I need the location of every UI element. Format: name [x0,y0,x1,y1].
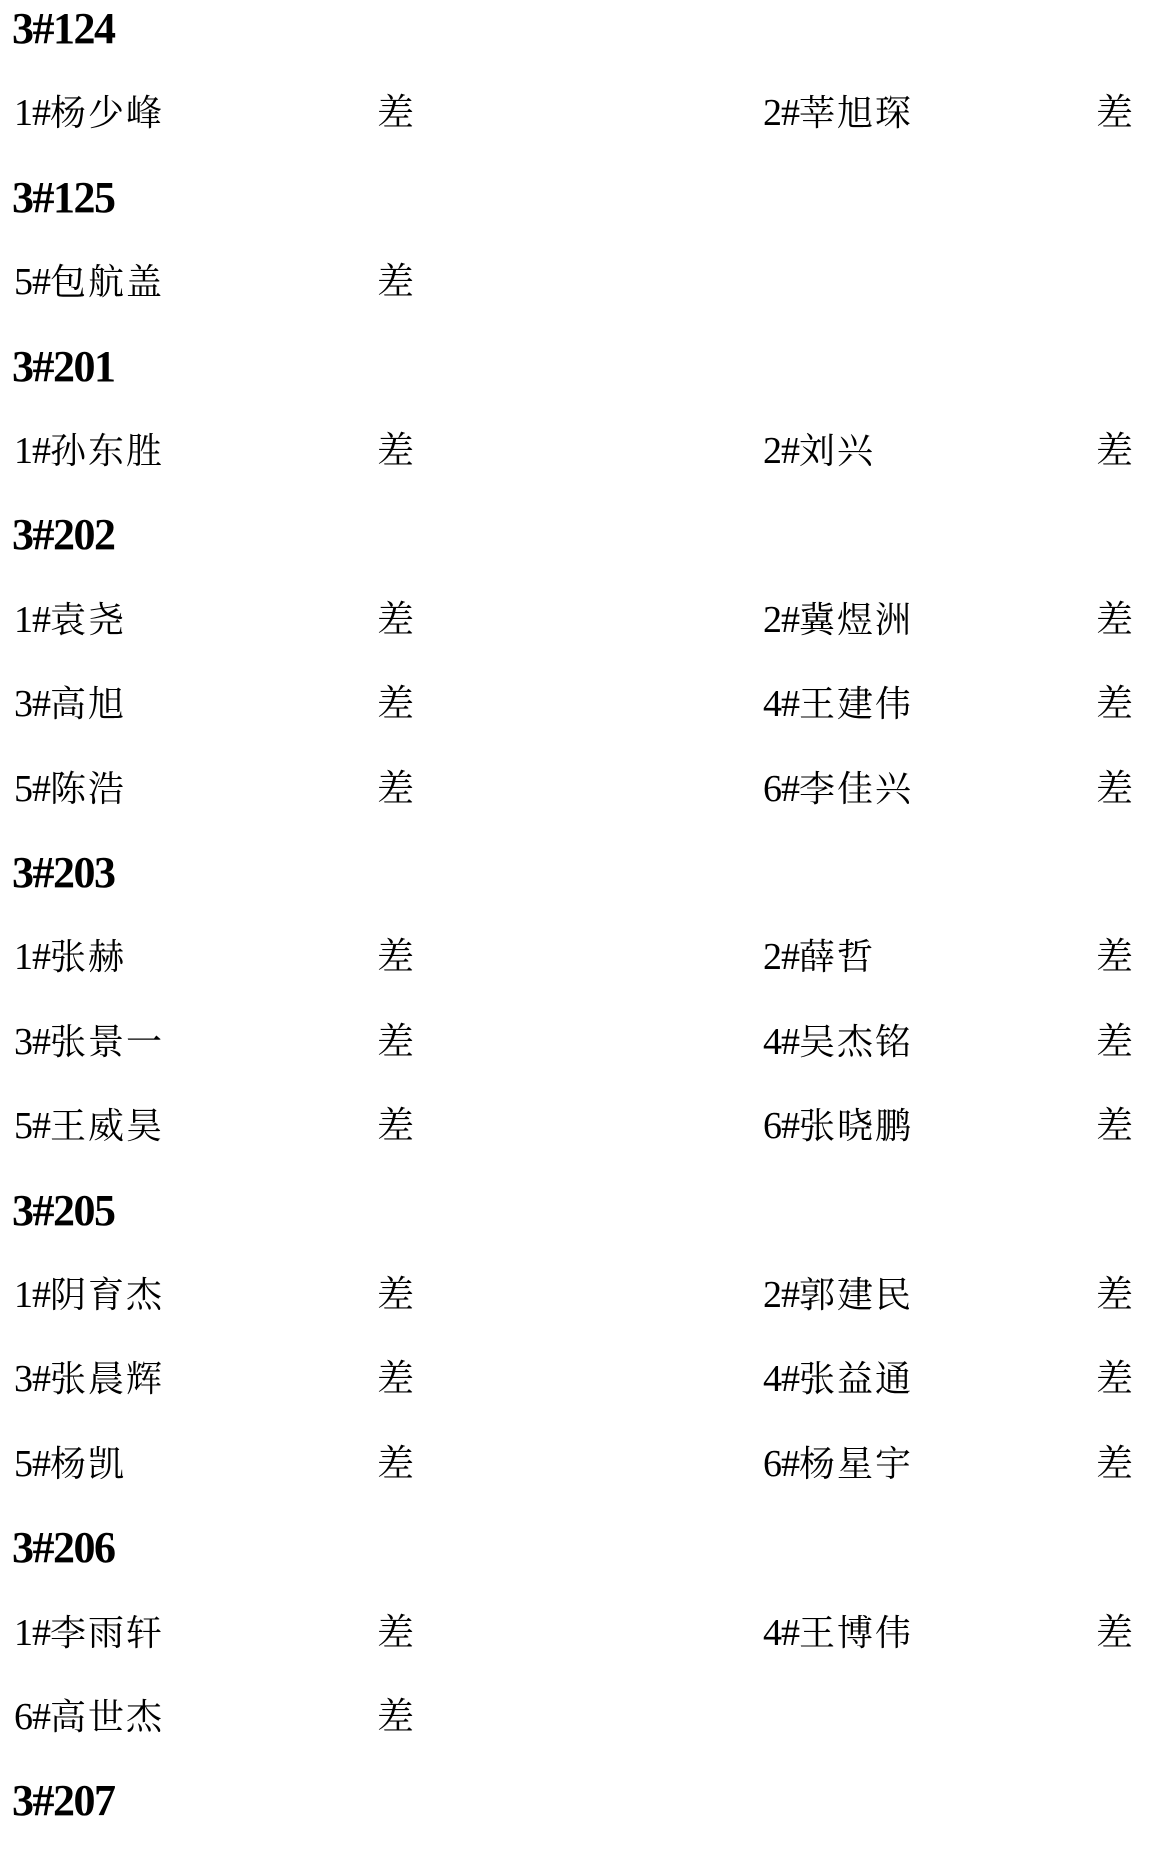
student-entry: 4#吴杰铭 [763,1000,913,1085]
student-entry: 1#李雨轩 [14,1591,164,1676]
room-number-heading: 3#201 [12,325,115,409]
student-entry: 2#薛哲 [763,915,875,1000]
student-row: 1#张赫差2#薛哲差 [0,915,1170,999]
bed-number: 1# [14,430,50,472]
student-name: 杨少峰 [50,93,164,134]
bed-number: 1# [14,92,50,134]
student-name: 李佳兴 [799,769,913,810]
room-section-header: 3#205 [0,1169,1170,1253]
student-name: 王博伟 [799,1613,913,1654]
rating-value: 差 [1096,747,1133,831]
student-entry: 5#杨凯 [14,1422,126,1507]
room-number-heading: 3#206 [12,1506,115,1590]
student-name: 袁尧 [50,600,126,641]
rating-value: 差 [1096,1591,1133,1675]
room-number-heading: 3#124 [12,0,115,71]
student-name: 杨星宇 [799,1444,913,1485]
rating-value: 差 [1096,1084,1133,1168]
student-name: 高旭 [50,684,126,725]
student-entry: 3#张晨辉 [14,1337,164,1422]
student-name: 陈浩 [50,769,126,810]
room-section-header: 3#207 [0,1759,1170,1843]
rating-value: 差 [377,1337,414,1421]
bed-number: 1# [14,1612,50,1654]
student-entry: 6#杨星宇 [763,1422,913,1507]
student-row: 5#王威昊差6#张晓鹏差 [0,1084,1170,1168]
rating-value: 差 [377,1000,414,1084]
student-row: 1#孙东胜差2#刘兴差 [0,409,1170,493]
rating-value: 差 [377,662,414,746]
student-entry: 6#李佳兴 [763,747,913,832]
room-number-heading: 3#202 [12,493,115,577]
room-section-header: 3#206 [0,1506,1170,1590]
rating-value: 差 [377,1675,414,1759]
bed-number: 6# [763,1443,799,1485]
bed-number: 2# [763,936,799,978]
bed-number: 5# [14,1443,50,1485]
rating-value: 差 [377,1253,414,1337]
rating-value: 差 [1096,409,1133,493]
rating-value: 差 [377,409,414,493]
rating-value: 差 [1096,71,1133,155]
student-entry: 5#包航盖 [14,240,164,325]
rating-value: 差 [1096,1253,1133,1337]
student-row: 3#张景一差4#吴杰铭差 [0,1000,1170,1084]
bed-number: 6# [14,1696,50,1738]
bed-number: 5# [14,1105,50,1147]
bed-number: 3# [14,1358,50,1400]
rating-value: 差 [377,1422,414,1506]
bed-number: 1# [14,599,50,641]
room-section-header: 3#201 [0,325,1170,409]
student-entry: 6#张晓鹏 [763,1084,913,1169]
rating-value: 差 [1096,1337,1133,1421]
student-entry: 1#袁尧 [14,578,126,663]
student-row: 5#陈浩差6#李佳兴差 [0,747,1170,831]
student-row: 1#杨少峰差2#莘旭琛差 [0,71,1170,155]
student-name: 杨凯 [50,1444,126,1485]
student-row: 5#杨凯差6#杨星宇差 [0,1422,1170,1506]
bed-number: 4# [763,683,799,725]
bed-number: 3# [14,683,50,725]
bed-number: 5# [14,768,50,810]
rating-value: 差 [1096,1000,1133,1084]
student-entry: 2#莘旭琛 [763,71,913,156]
student-entry: 4#王建伟 [763,662,913,747]
student-name: 冀煜洲 [799,600,913,641]
rating-value: 差 [377,240,414,324]
student-entry: 5#陈浩 [14,747,126,832]
student-row: 1#阴育杰差2#郭建民差 [0,1253,1170,1337]
student-name: 张晨辉 [50,1359,164,1400]
bed-number: 4# [763,1021,799,1063]
student-row: 1#袁尧差2#冀煜洲差 [0,578,1170,662]
student-name: 高世杰 [50,1697,164,1738]
student-name: 张晓鹏 [799,1106,913,1147]
student-name: 王威昊 [50,1106,164,1147]
room-number-heading: 3#125 [12,156,115,240]
bed-number: 6# [763,768,799,810]
bed-number: 1# [14,936,50,978]
student-name: 莘旭琛 [799,93,913,134]
bed-number: 4# [763,1612,799,1654]
student-name: 王建伟 [799,684,913,725]
student-entry: 1#阴育杰 [14,1253,164,1338]
bed-number: 5# [14,261,50,303]
bed-number: 2# [763,599,799,641]
rating-value: 差 [377,747,414,831]
student-name: 吴杰铭 [799,1022,913,1063]
bed-number: 2# [763,430,799,472]
student-name: 张赫 [50,937,126,978]
student-row: 1#李雨轩差4#王博伟差 [0,1591,1170,1675]
bed-number: 4# [763,1358,799,1400]
rating-value: 差 [377,915,414,999]
student-name: 郭建民 [799,1275,913,1316]
room-section-header: 3#203 [0,831,1170,915]
rating-value: 差 [377,1084,414,1168]
student-name: 薛哲 [799,937,875,978]
student-name: 包航盖 [50,262,164,303]
rating-value: 差 [1096,662,1133,746]
student-name: 刘兴 [799,431,875,472]
room-number-heading: 3#205 [12,1169,115,1253]
student-entry: 5#王威昊 [14,1084,164,1169]
rating-value: 差 [377,71,414,155]
room-number-heading: 3#203 [12,831,115,915]
student-name: 孙东胜 [50,431,164,472]
bed-number: 1# [14,1274,50,1316]
student-row: 3#高旭差4#王建伟差 [0,662,1170,746]
student-entry: 2#郭建民 [763,1253,913,1338]
student-entry: 4#张益通 [763,1337,913,1422]
bed-number: 2# [763,1274,799,1316]
bed-number: 6# [763,1105,799,1147]
student-row: 5#包航盖差 [0,240,1170,324]
student-name: 李雨轩 [50,1613,164,1654]
rating-value: 差 [377,578,414,662]
room-section-header: 3#125 [0,156,1170,240]
room-number-heading: 3#207 [12,1759,115,1843]
student-name: 张景一 [50,1022,164,1063]
student-entry: 4#王博伟 [763,1591,913,1676]
student-name: 阴育杰 [50,1275,164,1316]
student-entry: 3#张景一 [14,1000,164,1085]
bed-number: 2# [763,92,799,134]
room-section-header: 3#124 [0,0,1170,71]
student-row: 3#张晨辉差4#张益通差 [0,1337,1170,1421]
student-name: 张益通 [799,1359,913,1400]
rating-value: 差 [377,1591,414,1675]
rating-value: 差 [1096,915,1133,999]
student-entry: 1#杨少峰 [14,71,164,156]
bed-number: 3# [14,1021,50,1063]
student-row: 6#高世杰差 [0,1675,1170,1759]
rating-value: 差 [1096,578,1133,662]
room-section-header: 3#202 [0,493,1170,577]
student-entry: 1#孙东胜 [14,409,164,494]
student-entry: 1#张赫 [14,915,126,1000]
student-entry: 2#刘兴 [763,409,875,494]
student-entry: 2#冀煜洲 [763,578,913,663]
student-entry: 6#高世杰 [14,1675,164,1760]
rating-value: 差 [1096,1422,1133,1506]
student-entry: 3#高旭 [14,662,126,747]
